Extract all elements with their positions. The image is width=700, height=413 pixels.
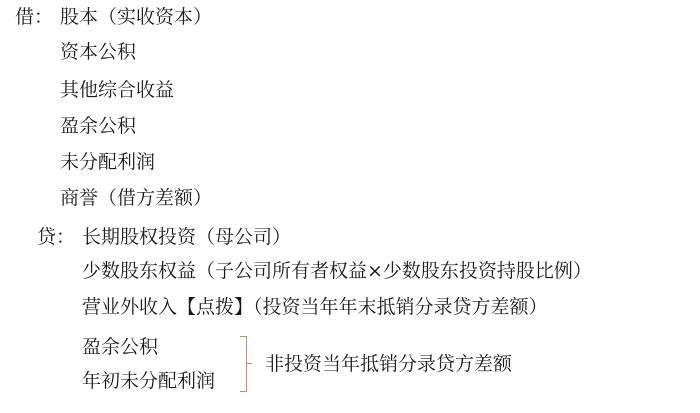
credit-item: 长期股权投资（母公司）	[82, 226, 291, 248]
credit-item: 年初未分配利润	[82, 370, 215, 392]
credit-line-4: 盈余公积	[82, 335, 158, 359]
debit-label: 借：	[15, 5, 60, 29]
credit-line-3: 营业外收入【点拨】（投资当年年末抵销分录贷方差额）	[82, 295, 548, 319]
bracket-note: 非投资当年抵销分录贷方差额	[265, 352, 512, 376]
debit-line-5: 未分配利润	[60, 150, 155, 174]
right-brace-icon	[240, 336, 247, 392]
debit-item: 其他综合收益	[60, 79, 174, 101]
debit-line-6: 商誉（借方差额）	[60, 186, 212, 210]
credit-line-5: 年初未分配利润	[82, 369, 215, 393]
debit-item: 资本公积	[60, 41, 136, 63]
credit-item: 营业外收入【点拨】（投资当年年末抵销分录贷方差额）	[82, 296, 548, 318]
brace-tick-icon	[247, 363, 252, 364]
debit-line-2: 资本公积	[60, 40, 136, 64]
debit-item: 盈余公积	[60, 115, 136, 137]
credit-line-2: 少数股东权益（子公司所有者权益×少数股东投资持股比例）	[82, 259, 592, 283]
credit-label: 贷：	[37, 225, 82, 249]
debit-line-3: 其他综合收益	[60, 78, 174, 102]
bracket-note-text: 非投资当年抵销分录贷方差额	[265, 353, 512, 375]
credit-item: 少数股东权益（子公司所有者权益×少数股东投资持股比例）	[82, 260, 592, 282]
debit-line-1: 借：股本（实收资本）	[15, 5, 212, 29]
debit-item: 未分配利润	[60, 151, 155, 173]
credit-line-1: 贷：长期股权投资（母公司）	[37, 225, 291, 249]
debit-item: 商誉（借方差额）	[60, 187, 212, 209]
debit-item: 股本（实收资本）	[60, 6, 212, 28]
debit-line-4: 盈余公积	[60, 114, 136, 138]
credit-item: 盈余公积	[82, 336, 158, 358]
